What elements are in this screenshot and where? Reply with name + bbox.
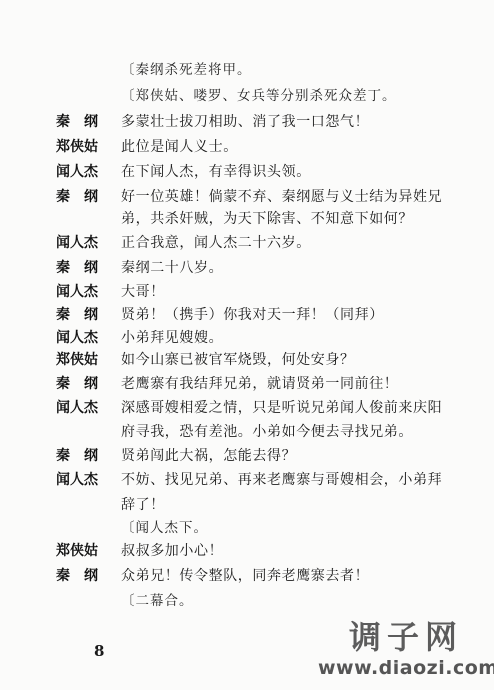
- stage-direction-text: 〔秦纲杀死差将甲。: [121, 59, 252, 81]
- dialogue-line: 闻人杰在下闻人杰，有幸得识头领。: [0, 161, 494, 183]
- dialogue-text: 不妨、找见兄弟、再来老鹰寨与哥嫂相会，小弟拜: [121, 469, 442, 491]
- stage-direction-text: 〔闻人杰下。: [121, 517, 208, 539]
- watermark: 调子网 www.diaozi.com: [318, 618, 494, 680]
- speaker-name: 闻人杰: [56, 161, 114, 183]
- dialogue-text: 叔叔多加小心！: [121, 540, 223, 562]
- dialogue-line: 秦纲众弟兄！传令整队，同奔老鹰寨去者！: [0, 565, 494, 587]
- dialogue-text: 弟，共杀奸贼，为天下除害、不知意下如何？: [121, 208, 413, 230]
- stage-direction-text: 〔二幕合。: [121, 590, 194, 612]
- dialogue-text: 辞了！: [121, 494, 165, 516]
- dialogue-line: 秦纲好一位英雄！倘蒙不弃、秦纲愿与义士结为异姓兄: [0, 186, 494, 208]
- speaker-name: 秦纲: [56, 445, 114, 467]
- dialogue-line: 郑侠姑叔叔多加小心！: [0, 540, 494, 562]
- stage-direction: 〔郑侠姑、喽罗、女兵等分别杀死众差丁。: [0, 85, 494, 107]
- dialogue-line: 闻人杰小弟拜见嫂嫂。: [0, 327, 494, 349]
- dialogue-text: 老鹰寨有我结拜兄弟，就请贤弟一同前往！: [121, 373, 398, 395]
- dialogue-line: 秦纲秦纲二十八岁。: [0, 257, 494, 279]
- page-number: 8: [94, 642, 104, 660]
- dialogue-text: 贤弟闯此大祸，怎能去得？: [121, 445, 296, 467]
- speaker-name: 闻人杰: [56, 281, 114, 303]
- dialogue-line: 闻人杰不妨、找见兄弟、再来老鹰寨与哥嫂相会，小弟拜: [0, 469, 494, 491]
- stage-direction: 〔二幕合。: [0, 590, 494, 612]
- speaker-name: 闻人杰: [56, 397, 114, 419]
- speaker-name: 闻人杰: [56, 327, 114, 349]
- dialogue-line: 秦纲贤弟！（携手）你我对天一拜！（同拜）: [0, 304, 494, 326]
- dialogue-line: 秦纲多蒙壮士拔刀相助、消了我一口怨气！: [0, 111, 494, 133]
- speaker-name: 闻人杰: [56, 232, 114, 254]
- dialogue-text: 在下闻人杰，有幸得识头领。: [121, 161, 311, 183]
- stage-direction: 〔闻人杰下。: [0, 517, 494, 539]
- stage-direction: 〔秦纲杀死差将甲。: [0, 59, 494, 81]
- dialogue-text: 府寻我，恐有差池。小弟如今便去寻找兄弟。: [121, 421, 413, 443]
- dialogue-text: 正合我意，闻人杰二十六岁。: [121, 232, 311, 254]
- speaker-name: 秦纲: [56, 257, 114, 279]
- dialogue-text: 深感哥嫂相爱之情，只是听说兄弟闻人俊前来庆阳: [121, 397, 442, 419]
- dialogue-continuation: 弟，共杀奸贼，为天下除害、不知意下如何？: [0, 208, 494, 230]
- watermark-url: www.diaozi.com: [318, 656, 494, 680]
- speaker-name: 秦纲: [56, 111, 114, 133]
- dialogue-text: 大哥！: [121, 281, 165, 303]
- dialogue-line: 闻人杰正合我意，闻人杰二十六岁。: [0, 232, 494, 254]
- dialogue-text: 好一位英雄！倘蒙不弃、秦纲愿与义士结为异姓兄: [121, 186, 442, 208]
- dialogue-continuation: 辞了！: [0, 494, 494, 516]
- dialogue-text: 贤弟！（携手）你我对天一拜！（同拜）: [121, 304, 384, 326]
- speaker-name: 闻人杰: [56, 469, 114, 491]
- dialogue-text: 小弟拜见嫂嫂。: [121, 327, 223, 349]
- speaker-name: 秦纲: [56, 373, 114, 395]
- dialogue-text: 多蒙壮士拔刀相助、消了我一口怨气！: [121, 111, 369, 133]
- dialogue-text: 众弟兄！传令整队，同奔老鹰寨去者！: [121, 565, 369, 587]
- speaker-name: 郑侠姑: [56, 349, 114, 371]
- dialogue-line: 郑侠姑如今山寨已被官军烧毁，何处安身？: [0, 349, 494, 371]
- dialogue-line: 闻人杰大哥！: [0, 281, 494, 303]
- stage-direction-text: 〔郑侠姑、喽罗、女兵等分别杀死众差丁。: [121, 85, 397, 107]
- speaker-name: 秦纲: [56, 186, 114, 208]
- dialogue-continuation: 府寻我，恐有差池。小弟如今便去寻找兄弟。: [0, 421, 494, 443]
- dialogue-line: 郑侠姑此位是闻人义士。: [0, 136, 494, 158]
- dialogue-line: 秦纲贤弟闯此大祸，怎能去得？: [0, 445, 494, 467]
- speaker-name: 秦纲: [56, 565, 114, 587]
- dialogue-text: 如今山寨已被官军烧毁，何处安身？: [121, 349, 355, 371]
- speaker-name: 秦纲: [56, 304, 114, 326]
- dialogue-line: 闻人杰深感哥嫂相爱之情，只是听说兄弟闻人俊前来庆阳: [0, 397, 494, 419]
- dialogue-line: 秦纲老鹰寨有我结拜兄弟，就请贤弟一同前往！: [0, 373, 494, 395]
- script-page: 〔秦纲杀死差将甲。〔郑侠姑、喽罗、女兵等分别杀死众差丁。秦纲多蒙壮士拔刀相助、消…: [0, 0, 494, 690]
- dialogue-text: 秦纲二十八岁。: [121, 257, 223, 279]
- speaker-name: 郑侠姑: [56, 136, 114, 158]
- dialogue-text: 此位是闻人义士。: [121, 136, 238, 158]
- speaker-name: 郑侠姑: [56, 540, 114, 562]
- watermark-title: 调子网: [318, 618, 494, 656]
